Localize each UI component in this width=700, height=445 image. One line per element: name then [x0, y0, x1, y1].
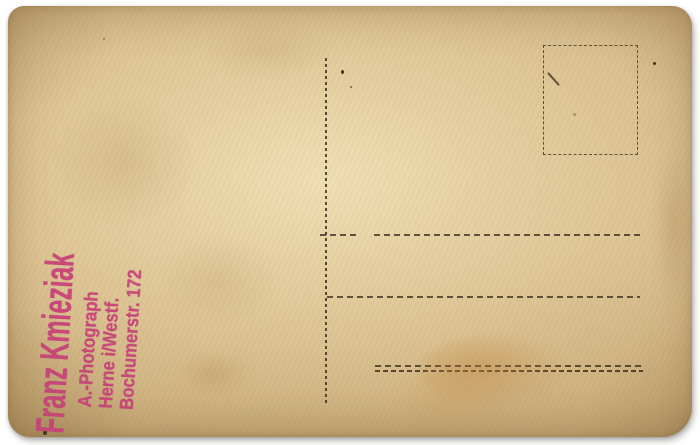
age-stain: [390, 370, 520, 436]
postcard-back: Franz Kmieziak A.-Photograph Herne i/Wes…: [8, 6, 692, 437]
age-stain: [55, 100, 195, 225]
photographer-name: Franz Kmieziak: [30, 300, 78, 435]
ink-speck: [350, 86, 352, 88]
photographer-stamp: Franz Kmieziak A.-Photograph Herne i/Wes…: [30, 218, 149, 438]
address-line-3-upper: [375, 365, 641, 367]
age-stain: [175, 350, 253, 398]
address-line-3-lower: [375, 370, 643, 372]
vertical-divider-line: [325, 58, 327, 404]
address-line-1-start: [320, 234, 360, 236]
ink-speck: [103, 38, 105, 40]
address-line-2: [327, 296, 640, 298]
age-stain: [158, 236, 278, 326]
postage-stamp-box: [543, 45, 638, 155]
ink-speck: [341, 70, 344, 74]
ink-speck: [653, 62, 656, 65]
age-stain: [653, 150, 695, 300]
address-line-1: [374, 234, 640, 236]
age-stain: [203, 21, 333, 81]
